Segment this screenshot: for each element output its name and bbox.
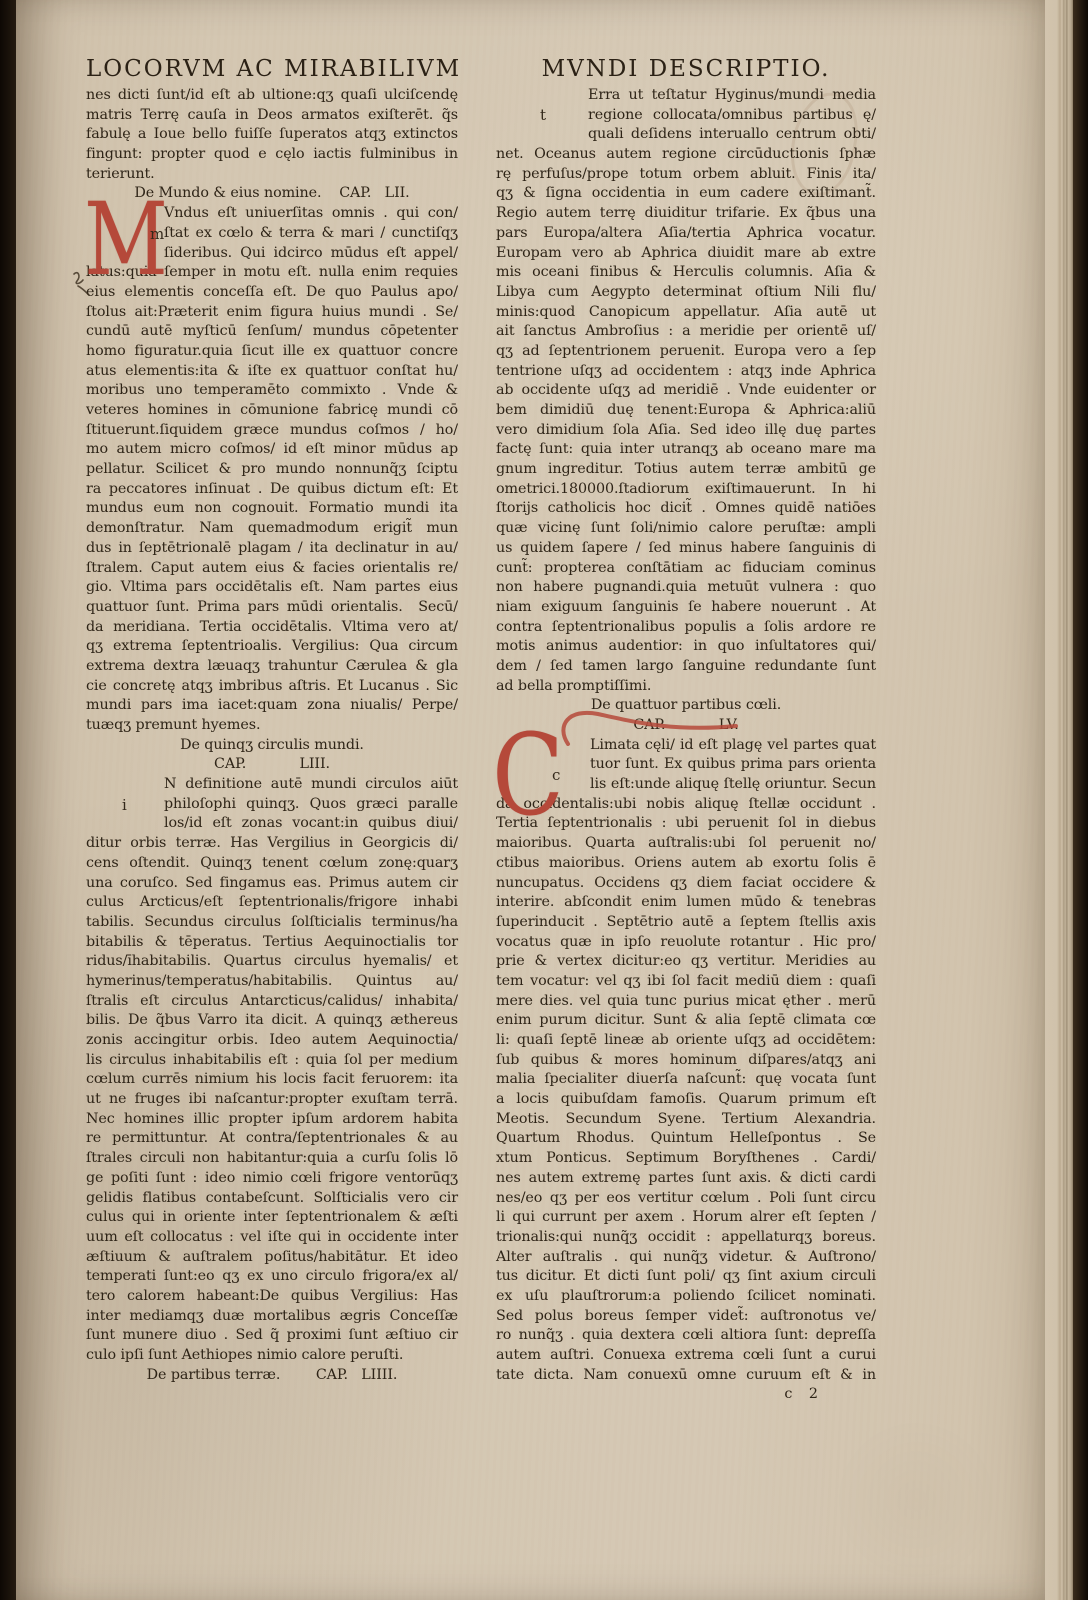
text-line: matris Terrę cauſa in Deos armatos exiſt…	[86, 106, 458, 126]
text-line: fabulę a Ioue bello fuiſſe ſuperatos atq…	[86, 125, 458, 145]
text-line: re permittuntur. At contra/ſeptentrional…	[86, 1129, 458, 1149]
text-line: gelidis flatibus contabeſcunt. Solſticia…	[86, 1189, 458, 1209]
text-line: Quartum Rhodus. Quintum Helleſpontus . S…	[496, 1129, 876, 1149]
text-line: philoſophi quinqʒ. Quos græci paralle	[86, 795, 458, 815]
text-line: contra ſeptentrionalibus populis a ſolis…	[496, 618, 876, 638]
text-line: N definitione autē mundi circulos aiūt	[86, 775, 458, 795]
text-line: mo autem micro coſmos/ id eſt minor mūdu…	[86, 440, 458, 460]
text-line: dus in ſeptētrionalē plagam / ita declin…	[86, 539, 458, 559]
text-line: tuæqʒ premunt hyemes.	[86, 716, 458, 736]
book-page: LOCORVM AC MIRABILIVM MVNDI DESCRIPTIO. …	[16, 0, 1045, 1600]
text-line: veteres homines in cōmunione fabricę mun…	[86, 401, 458, 421]
text-line: los/id eſt zonas vocant:in quibus diui/	[86, 814, 458, 834]
scan-edge-right	[1073, 0, 1088, 1600]
text-line: qʒ & ſigna occidentia in eum cadere exiſ…	[496, 184, 876, 204]
text-line: culo ipſi ſunt Aethiopes nimio calore pe…	[86, 1346, 458, 1366]
text-line: ra peccatores inſinuat . De quibus dictu…	[86, 480, 458, 500]
initial-paragraph: MmVndus eſt uniuerſitas omnis . qui con/…	[86, 204, 458, 736]
text-line: a locis quibuſdam famoſis. Quarum primum…	[496, 1090, 876, 1110]
text-line: ſtituerunt.ſiquidem græce mundus coſmos …	[86, 421, 458, 441]
text-line: ditur orbis terræ. Has Vergilius in Geor…	[86, 834, 458, 854]
text-line: qʒ ad ſeptentrionem peruenit. Europa ver…	[496, 342, 876, 362]
text-line: lis circulus inhabitabilis eſt : quia ſo…	[86, 1051, 458, 1071]
text-line: ex uſu plauſtrorum:a poliendo ſcilicet n…	[496, 1287, 876, 1307]
paragraph: nes dicti ſunt/id eſt ab ultione:qʒ quaſ…	[86, 86, 458, 184]
text-line: Europam vero ab Aphrica diuidit mare ab …	[496, 244, 876, 264]
text-line: ge poſiti ſunt : ideo nimio cœli frigore…	[86, 1169, 458, 1189]
text-line: li qui currunt per axem . Horum alrer eſ…	[496, 1208, 876, 1228]
text-line: enim purum dicitur. Sunt & alia ſeptē cl…	[496, 1011, 876, 1031]
book-page-edges	[1045, 0, 1073, 1600]
text-line: autem auſtri. Conuexa extrema cœli ſunt …	[496, 1346, 876, 1366]
text-line: bem dimidiū duę tenent:Europa & Aphrica:…	[496, 401, 876, 421]
initial-paragraph: tErra ut teſtatur Hyginus/mundi mediareg…	[496, 86, 876, 696]
text-line: qʒ extrema ſeptentrioalis. Vergilius: Qu…	[86, 637, 458, 657]
text-line: cie concretę atqʒ imbribus aſtris. Et Lu…	[86, 677, 458, 697]
guide-letter: c	[552, 766, 560, 784]
text-line: ait ſanctus Ambroſius : a meridie per or…	[496, 322, 876, 342]
text-line: trionalis:qui nunq̃ʒ occidit : appellatu…	[496, 1228, 876, 1248]
chapter-heading: De partibus terræ. CAP. LIIII.	[86, 1366, 458, 1386]
text-line: ro nunq̃ʒ . quia dextera cœli altiora ſu…	[496, 1326, 876, 1346]
margin-annotation-mark	[68, 268, 94, 298]
text-line: vero dimidium ſola Aſia. Sed ideo illę d…	[496, 421, 876, 441]
text-line: ſunt munere diuo . Sed q̃ proximi ſunt æ…	[86, 1326, 458, 1346]
guide-letter: i	[122, 796, 127, 814]
text-line: temperati ſunt:eo qʒ ex uno circulo frig…	[86, 1267, 458, 1287]
text-line: mis oceani finibus & Herculis columnis. …	[496, 263, 876, 283]
text-line: tero calorem habeant:De quibus Vergilius…	[86, 1287, 458, 1307]
text-line: tem vocatur: vel qʒ ibi ſol facit mediū …	[496, 972, 876, 992]
text-line: cœlum currēs nimium his locis facit feru…	[86, 1070, 458, 1090]
text-line: ſtrales circuli non habitantur:quia a cu…	[86, 1149, 458, 1169]
text-line: ſuperinducit . Septētrio autē a ſeptem ſ…	[496, 913, 876, 933]
chapter-heading: De quinqʒ circulis mundi.	[86, 736, 458, 756]
text-line: ometrici.180000.ſtadiorum exiſtimauerunt…	[496, 480, 876, 500]
text-line: minis:quod Canopicum appellatur. Aſia au…	[496, 303, 876, 323]
text-line: ut ne fruges ibi naſcantur:propter exuſt…	[86, 1090, 458, 1110]
text-line: uum eſt collocatus : vel iſte qui in occ…	[86, 1228, 458, 1248]
text-line: ſtralem. Caput autem eius & facies orien…	[86, 559, 458, 579]
text-line: zonis accingitur orbis. Ideo autem Aequi…	[86, 1031, 458, 1051]
text-line: da meridiana. Tertia occidētalis. Vltima…	[86, 618, 458, 638]
text-line: tate dicta. Nam conuexū omne curuum eſt …	[496, 1366, 876, 1386]
text-line: nes/eo qʒ per eos vertitur cœlum . Poli …	[496, 1189, 876, 1209]
text-line: ſtolus ait:Præterit enim figura huius mu…	[86, 303, 458, 323]
text-line: pellatur. Scilicet & pro mundo nonnunq̃ʒ…	[86, 460, 458, 480]
text-line: ctibus maioribus. Oriens autem ab exortu…	[496, 854, 876, 874]
scan-edge-left	[0, 0, 16, 1600]
text-line: mundus eum non cognouit. Formatio mundi …	[86, 499, 458, 519]
text-column-left: nes dicti ſunt/id eſt ab ultione:qʒ quaſ…	[86, 86, 458, 1385]
text-line: motis animus audentior: in quo inſultato…	[496, 637, 876, 657]
text-line: Alter auſtralis . qui nunq̃ʒ videtur. & …	[496, 1248, 876, 1268]
text-line: culus qui in oriente inter ſeptentrional…	[86, 1208, 458, 1228]
text-line: tus dicitur. Et dicti ſunt poli/ qʒ ſint…	[496, 1267, 876, 1287]
text-line: extrema dextra læuaqʒ trahuntur Cærulea …	[86, 657, 458, 677]
text-line: factę ſunt: quia inter utranqʒ ab oceano…	[496, 440, 876, 460]
text-line: moribus uno temperamēto commixto . Vnde …	[86, 381, 458, 401]
text-line: quæ vicinę ſunt ſoli/nimio calore peruſt…	[496, 519, 876, 539]
text-line: prie & vertex dicitur:eo qʒ vertitur. Me…	[496, 952, 876, 972]
text-line: nes dicti ſunt/id eſt ab ultione:qʒ quaſ…	[86, 86, 458, 106]
text-line: mere dies. vel quia tunc purius micat ęt…	[496, 992, 876, 1012]
text-line: Sed polus boreus ſemper videt̃: auſtrono…	[496, 1307, 876, 1327]
chapter-heading: CAP. LIII.	[86, 755, 458, 775]
text-line: homo figuratur.quia ſicut ille ex quattu…	[86, 342, 458, 362]
running-header-right: MVNDI DESCRIPTIO.	[496, 56, 876, 82]
text-line: hymerinus/temperatus/habitabilis. Quintu…	[86, 972, 458, 992]
text-line: una coruſco. Sed fingamus eas. Primus au…	[86, 874, 458, 894]
text-line: ridus/īhabitabilis. Quartus circulus hye…	[86, 952, 458, 972]
text-line: tentrione uſqʒ ad occidentem : atqʒ inde…	[496, 362, 876, 382]
text-line: Regio autem terrę diuiditur trifarie. Ex…	[496, 204, 876, 224]
text-line: æſtiuum & auſtralem poſitus/habitātur. E…	[86, 1248, 458, 1268]
text-line: demonſtratur. Nam quemadmodum erigit̃ mu…	[86, 519, 458, 539]
text-line: ſub quibus & mores hominum diſpares/atqʒ…	[496, 1051, 876, 1071]
text-line: malia ſpecialiter diuerſa naſcunt̃: quę …	[496, 1070, 876, 1090]
text-line: regione collocata/omnibus partibus ę/	[496, 106, 876, 126]
text-line: nuncupatus. Occidens qʒ diem faciat occi…	[496, 874, 876, 894]
initial-paragraph: CcLimata cęli/ id eſt plagę vel partes q…	[496, 736, 876, 1386]
text-line: niam exiguum ſanguinis ſe habere nouerun…	[496, 598, 876, 618]
text-line: Meotis. Secundum Syene. Tertium Alexandr…	[496, 1110, 876, 1130]
text-line: ſtorijs catholicis hoc dicit̃ . Omnes qu…	[496, 499, 876, 519]
text-line: Nec homines illic propter ipſum ardorem …	[86, 1110, 458, 1130]
text-line: quattuor ſunt. Prima pars mūdi orientali…	[86, 598, 458, 618]
text-line: inter mediamqʒ duæ mortalibus ægris Conc…	[86, 1307, 458, 1327]
text-line: culus Arcticus/eſt ſeptentrionalis/frigo…	[86, 893, 458, 913]
text-line: net. Oceanus autem regione circūductioni…	[496, 145, 876, 165]
text-line: cunt̃: propterea conſtātiam ac fiduciam …	[496, 559, 876, 579]
text-line: atus elementis:ita & iſte ex quattuor co…	[86, 362, 458, 382]
text-line: interire. abſcondit enim lumen mūdo & te…	[496, 893, 876, 913]
text-line: xtum Ponticus. Septimum Boryſthenes . Ca…	[496, 1149, 876, 1169]
text-line: nes autem extremę partes ſunt axis. & di…	[496, 1169, 876, 1189]
guide-letter: t	[540, 106, 546, 124]
text-column-right: tErra ut teſtatur Hyginus/mundi mediareg…	[496, 86, 876, 1405]
text-line: ſtralis eſt circulus Antarcticus/calidus…	[86, 992, 458, 1012]
text-line: ad bella promptiſſimi.	[496, 677, 876, 697]
guide-letter: m	[150, 225, 164, 243]
running-header-left: LOCORVM AC MIRABILIVM	[86, 56, 458, 82]
text-line: cens oſtendit. Quinqʒ tenent cœlum zonę:…	[86, 854, 458, 874]
text-line: us quidem ſapere / ſed minus habere ſang…	[496, 539, 876, 559]
text-line: vocatus quæ in ipſo reuolute rotantur . …	[496, 933, 876, 953]
text-line: bitabilis & tēperatus. Tertius Aequinoct…	[86, 933, 458, 953]
text-line: li: quaſi ſeptē lineæ ab oriente uſqʒ ad…	[496, 1031, 876, 1051]
text-line: gnum ingreditur. Totius autem terræ ambi…	[496, 460, 876, 480]
text-line: Libya cum Aegypto determinat oſtium Nili…	[496, 283, 876, 303]
text-line: tabilis. Secundus circulus ſolſticialis …	[86, 913, 458, 933]
text-line: non habere pugnandi.quia metuūt vulnera …	[496, 578, 876, 598]
text-line: Erra ut teſtatur Hyginus/mundi media	[496, 86, 876, 106]
text-line: mundi pars ima iacet:quam zona niualis/ …	[86, 696, 458, 716]
text-line: fingunt: propter quod e cęlo iactis fulm…	[86, 145, 458, 165]
initial-paragraph: iN definitione autē mundi circulos aiūtp…	[86, 775, 458, 1366]
text-line: dem / ſed tamen largo ſanguine redundant…	[496, 657, 876, 677]
text-line: bilis. De q̃bus Varro ita dicit. A quinq…	[86, 1011, 458, 1031]
text-line: pars Europa/altera Aſia/tertia Aphrica v…	[496, 224, 876, 244]
text-line: cundū autē myſticū ſenſum/ mundus cōpete…	[86, 322, 458, 342]
text-line: ab occidente uſqʒ ad meridiē . Vnde euid…	[496, 381, 876, 401]
signature-mark: c 2	[496, 1385, 876, 1405]
text-line: quali deſidens interuallo centrum obti/	[496, 125, 876, 145]
text-line: rę perfuſus/prope totum orbem abluit. Fi…	[496, 165, 876, 185]
text-line: gio. Vltima pars occidētalis eſt. Nam pa…	[86, 578, 458, 598]
